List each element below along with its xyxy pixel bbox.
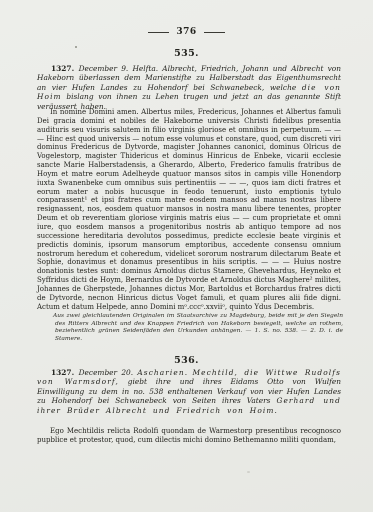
entry-536-number: 536. (0, 355, 373, 366)
header-rule-right (204, 32, 225, 33)
entry-536-body: Ego Mechtildis relicta Rodolfi quondam d… (37, 427, 341, 445)
scanned-book-page: 376 535. 1327. December 9. Helfta. Albre… (0, 0, 373, 512)
entry-536-summary: 1327. December 20. Ascharien. Mechtild, … (37, 368, 341, 415)
page-header: 376 (0, 27, 373, 37)
scan-speck (247, 471, 250, 473)
entry-535-body: In nomine Domini amen. Albertus miles, F… (37, 108, 341, 311)
page-number: 376 (176, 27, 196, 37)
entry-535-footnote: Aus zwei gleichlautenden Originalen im S… (49, 313, 343, 343)
scan-speck (75, 46, 77, 48)
entry-535-summary: 1327. December 9. Helfta. Albrecht, Frie… (37, 64, 341, 111)
header-rule-left (148, 32, 169, 33)
entry-535-number: 535. (0, 48, 373, 59)
